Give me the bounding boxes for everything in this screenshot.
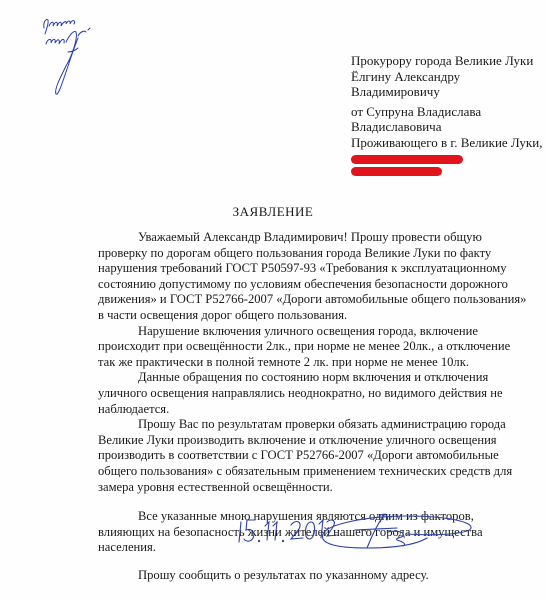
addressee-line: Владимировичу bbox=[351, 84, 546, 100]
paragraph: Уважаемый Александр Владимирович! Прошу … bbox=[98, 230, 530, 324]
handwritten-resolution-icon bbox=[40, 8, 100, 98]
addressee-line: Прокурору города Великие Луки bbox=[351, 53, 546, 69]
paragraph: Нарушение включения уличного освещения г… bbox=[98, 324, 530, 371]
document-title: ЗАЯВЛЕНИЕ bbox=[0, 204, 546, 220]
handwritten-date-signature-icon bbox=[237, 508, 477, 558]
paragraph: Прошу Вас по результатам проверки обязат… bbox=[98, 417, 530, 495]
scanned-document-page: Прокурору города Великие Луки Ёлгину Але… bbox=[0, 0, 546, 600]
redacted-address-line bbox=[351, 155, 463, 164]
redacted-address-line bbox=[351, 167, 442, 176]
addressee-block: Прокурору города Великие Луки Ёлгину Але… bbox=[351, 53, 546, 176]
sender-line: Владиславовича bbox=[351, 119, 546, 135]
sender-line: от Супруна Владислава bbox=[351, 104, 546, 120]
addressee-line: Ёлгину Александру bbox=[351, 69, 546, 85]
sender-line: Проживающего в г. Великие Луки, bbox=[351, 135, 546, 151]
paragraph: Данные обращения по состоянию норм включ… bbox=[98, 370, 530, 417]
paragraph: Прошу сообщить о результатах по указанно… bbox=[98, 568, 530, 584]
